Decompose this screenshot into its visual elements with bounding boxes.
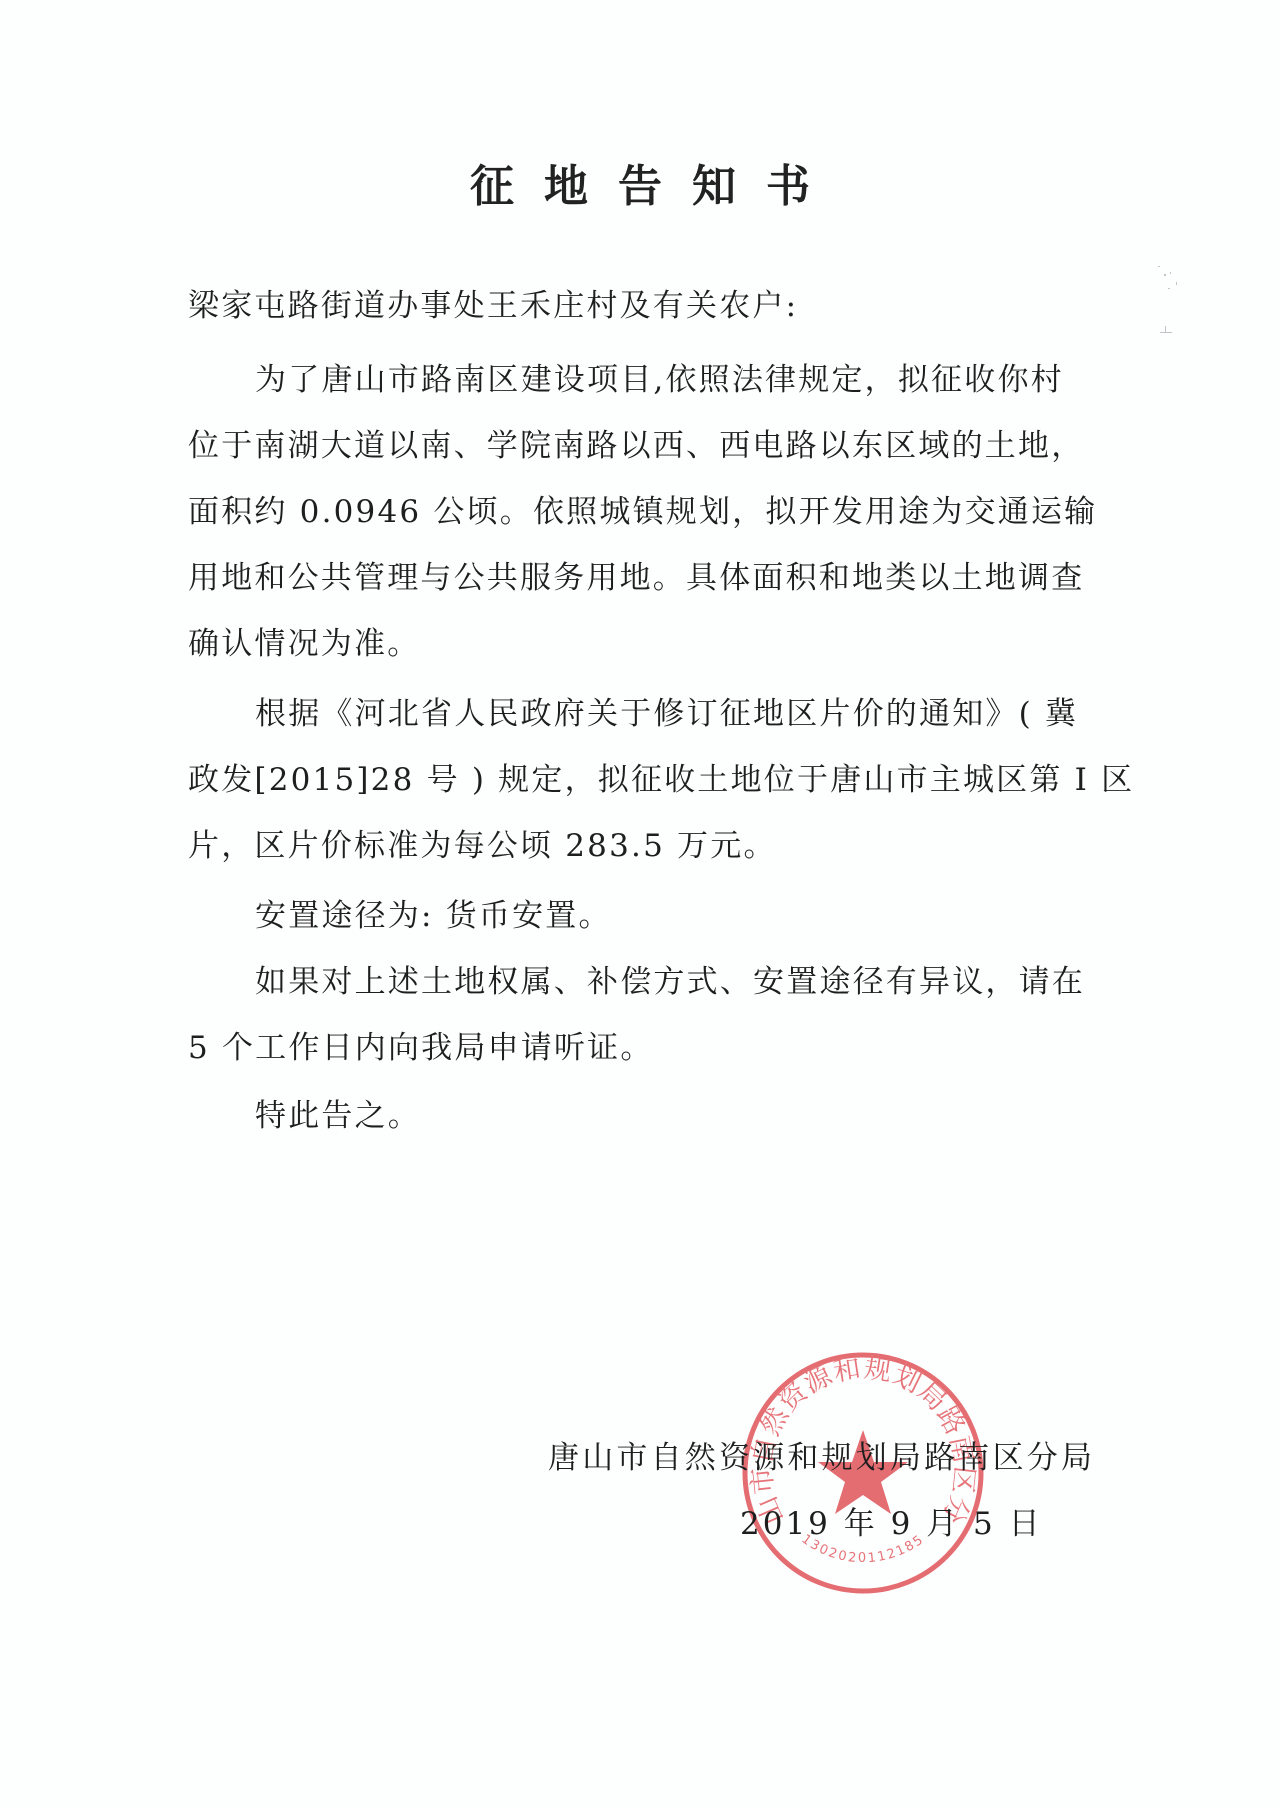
scan-artifact-icon [1150,260,1190,350]
paragraph-line: 位于南湖大道以南、学院南路以西、西电路以东区域的土地， [188,426,1084,466]
paragraph-line: 用地和公共管理与公共服务用地。具体面积和地类以土地调查 [188,558,1084,598]
paragraph-line: 安置途径为: 货币安置。 [255,896,612,936]
paragraph-line: 如果对上述土地权属、补偿方式、安置途径有异议，请在 [255,962,1085,1002]
paragraph-line: 政发[2015]28 号 ) 规定，拟征收土地位于唐山市主城区第 I 区 [188,760,1134,800]
paragraph-line: 确认情况为准。 [188,624,420,664]
paragraph-line: 特此告之。 [255,1096,421,1136]
issuer-signature: 唐山市自然资源和规划局路南区分局 [548,1432,1095,1477]
document-page: 征地告知书 梁家屯路街道办事处王禾庄村及有关农户: 为了唐山市路南区建设项目,依… [0,0,1280,1809]
paragraph-line: 面积约 0.0946 公顷。依照城镇规划，拟开发用途为交通运输 [188,492,1097,532]
paragraph-line: 根据《河北省人民政府关于修订征地区片价的通知》( 冀 [255,694,1078,734]
paragraph-line: 为了唐山市路南区建设项目,依照法律规定，拟征收你村 [255,360,1064,400]
salutation: 梁家屯路街道办事处王禾庄村及有关农户: [188,286,798,326]
document-title: 征地告知书 [0,150,1280,214]
paragraph-line: 5 个工作日内向我局申请听证。 [188,1028,654,1068]
issue-date: 2019 年 9 月 5 日 [740,1498,1043,1543]
paragraph-line: 片，区片价标准为每公顷 283.5 万元。 [188,826,777,866]
